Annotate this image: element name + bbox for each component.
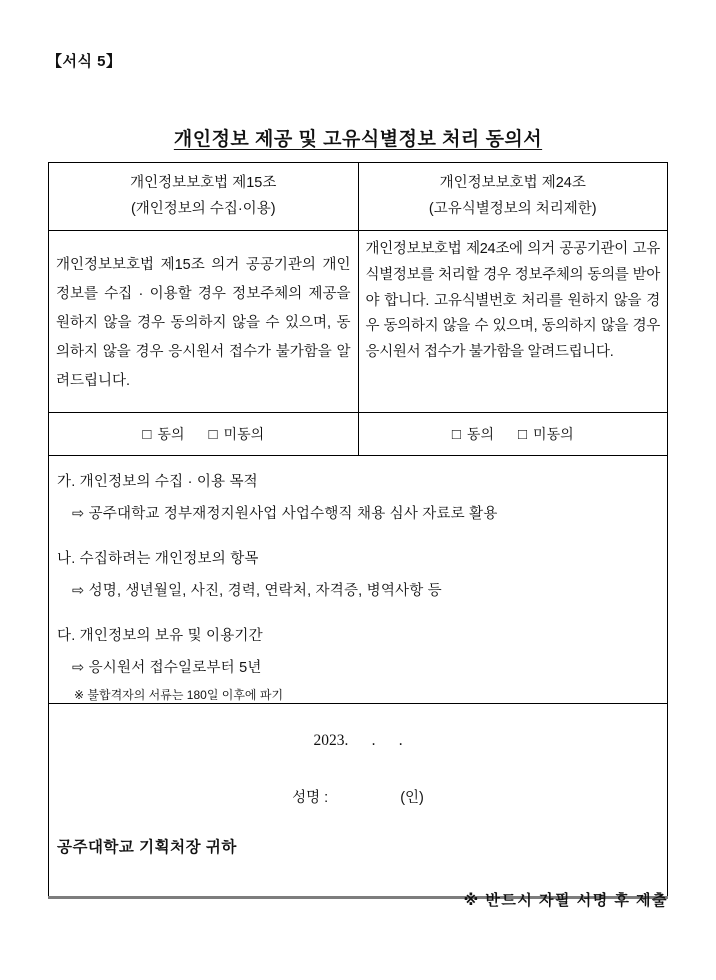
consent-cell-article24: □동의□미동의 [358,413,668,456]
body-cell-article15: 개인정보보호법 제15조 의거 공공기관의 개인정보를 수집 · 이용할 경우 … [49,231,359,413]
purpose-item-collected-items: 나. 수집하려는 개인정보의 항목 ⇨ 성명, 생년월일, 사진, 경력, 연락… [57,547,655,600]
article24-title: 개인정보보호법 제24조 [359,171,668,196]
retention-disposal-note: ※ 불합격자의 서류는 180일 이후에 파기 [74,686,655,703]
table-body-row: 개인정보보호법 제15조 의거 공공기관의 개인정보를 수집 · 이용할 경우 … [49,231,668,413]
signature-section-row: 2023. . . 성명 :(인) 공주대학교 기획처장 귀하 [49,704,668,898]
purpose-section-cell: 가. 개인정보의 수집 · 이용 목적 ⇨ 공주대학교 정부재정지원사업 사업수… [49,456,668,704]
purpose-item-detail: ⇨ 응시원서 접수일로부터 5년 [72,656,655,677]
article15-title: 개인정보보호법 제15조 [49,171,358,196]
article15-description: 개인정보보호법 제15조 의거 공공기관의 개인정보를 수집 · 이용할 경우 … [56,231,351,396]
footer-note: ※ 반드시 자필 서명 후 제출 [464,889,668,910]
purpose-item-retention-period: 다. 개인정보의 보유 및 이용기간 ⇨ 응시원서 접수일로부터 5년 ※ 불합… [57,624,655,703]
page-title: 개인정보 제공 및 고유식별정보 처리 동의서 [0,124,716,151]
table-header-row: 개인정보보호법 제15조 (개인정보의 수집·이용) 개인정보보호법 제24조 … [49,163,668,231]
disagree-checkbox-col2[interactable]: □ [518,426,527,443]
agree-label-col2: 동의 [467,426,494,442]
seal-label: (인) [400,790,424,806]
purpose-item-label: 나. 수집하려는 개인정보의 항목 [57,547,655,568]
consent-choice-row: □동의□미동의 □동의□미동의 [49,413,668,456]
agree-checkbox-col1[interactable]: □ [142,426,151,443]
agree-label-col1: 동의 [157,426,184,442]
purpose-item-detail: ⇨ 공주대학교 정부재정지원사업 사업수행직 채용 심사 자료로 활용 [72,502,655,523]
purpose-item-detail: ⇨ 성명, 생년월일, 사진, 경력, 연락처, 자격증, 병역사항 등 [72,579,655,600]
purpose-item-collection-purpose: 가. 개인정보의 수집 · 이용 목적 ⇨ 공주대학교 정부재정지원사업 사업수… [57,470,655,523]
article24-subtitle: (고유식별정보의 처리제한) [359,197,668,222]
signature-line: 성명 :(인) [49,786,667,807]
header-cell-article15: 개인정보보호법 제15조 (개인정보의 수집·이용) [49,163,359,231]
date-line: 2023. . . [49,732,667,750]
article24-description: 개인정보보호법 제24조에 의거 공공기관이 고유식별정보를 처리할 경우 정보… [366,231,661,366]
body-cell-article24: 개인정보보호법 제24조에 의거 공공기관이 고유식별정보를 처리할 경우 정보… [358,231,668,413]
disagree-label-col2: 미동의 [533,426,574,442]
consent-cell-article15: □동의□미동의 [49,413,359,456]
agree-checkbox-col2[interactable]: □ [452,426,461,443]
form-number-label: 【서식 5】 [47,50,122,71]
consent-table: 개인정보보호법 제15조 (개인정보의 수집·이용) 개인정보보호법 제24조 … [48,162,668,899]
article15-subtitle: (개인정보의 수집·이용) [49,197,358,222]
disagree-label-col1: 미동의 [224,426,265,442]
disagree-checkbox-col1[interactable]: □ [208,426,217,443]
name-label: 성명 : [292,790,328,806]
recipient-line: 공주대학교 기획처장 귀하 [57,835,667,857]
purpose-item-label: 가. 개인정보의 수집 · 이용 목적 [57,470,655,491]
signature-section-cell: 2023. . . 성명 :(인) 공주대학교 기획처장 귀하 [49,704,668,898]
purpose-item-label: 다. 개인정보의 보유 및 이용기간 [57,624,655,645]
header-cell-article24: 개인정보보호법 제24조 (고유식별정보의 처리제한) [358,163,668,231]
purpose-section-row: 가. 개인정보의 수집 · 이용 목적 ⇨ 공주대학교 정부재정지원사업 사업수… [49,456,668,704]
